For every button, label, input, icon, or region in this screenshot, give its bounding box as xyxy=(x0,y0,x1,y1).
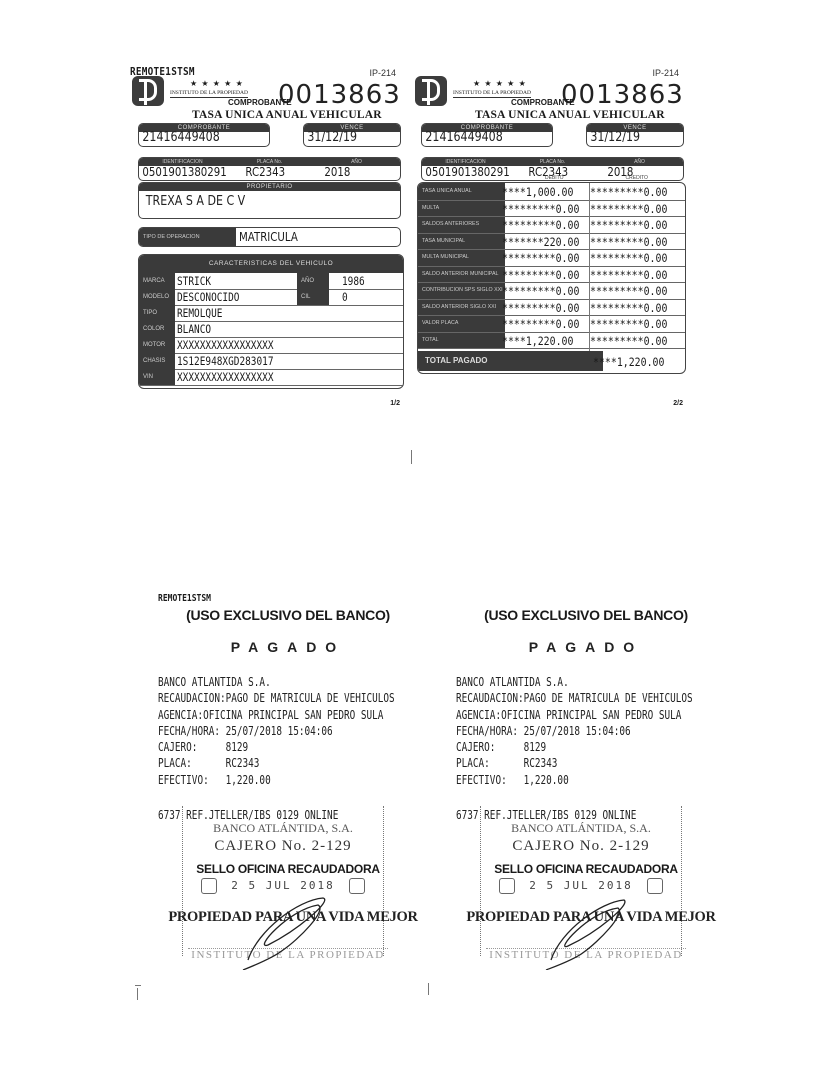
comprobante-box: COMPROBANTE 21416449408 xyxy=(421,123,553,147)
credito-value: *********0.00 xyxy=(590,301,667,315)
credito-value: *********0.00 xyxy=(590,185,667,199)
institute-logo-icon xyxy=(415,76,447,106)
charge-row: SALDO ANTERIOR MUNICIPAL*********0.00***… xyxy=(418,266,685,284)
debito-header: DEBITO xyxy=(513,175,596,181)
form-code: IP-214 xyxy=(652,68,679,78)
identificacion-value: 0501901380291 xyxy=(422,166,510,179)
bank-slip-right: (USO EXCLUSIVO DEL BANCO) PAGADO BANCO A… xyxy=(456,590,731,990)
comprobante-value: 21416449408 xyxy=(139,132,250,144)
identificacion-value: 0501901380291 xyxy=(139,166,227,179)
placa-value: RC2343 xyxy=(242,166,309,179)
form-code: IP-214 xyxy=(369,68,396,78)
row-value: DESCONOCIDO xyxy=(177,290,239,304)
document-title: TASA UNICA ANUAL VEHICULAR xyxy=(475,109,665,121)
charge-label: TASA UNICA ANUAL xyxy=(418,183,505,200)
stamp-office: SELLO OFICINA RECAUDADORA xyxy=(456,862,716,876)
scan-mark xyxy=(137,988,138,1000)
charge-row: TASA MUNICIPAL*******220.00*********0.00 xyxy=(418,233,685,251)
folio-number: 0013863 xyxy=(278,80,401,110)
charge-label: SALDO ANTERIOR MUNICIPAL xyxy=(418,266,505,283)
charge-row: MULTA MUNICIPAL*********0.00*********0.0… xyxy=(418,249,685,267)
vence-value: 31/12/19 xyxy=(304,132,386,144)
total-pagado-value: ****1,220.00 xyxy=(593,355,664,369)
row-label: MOTOR xyxy=(139,337,175,353)
row-label: MODELO xyxy=(139,289,175,305)
charge-label: VALOR PLACA xyxy=(418,315,505,332)
charge-row: VALOR PLACA*********0.00*********0.00 xyxy=(418,315,685,333)
tipo-operacion-box: TIPO DE OPERACION MATRICULA xyxy=(138,227,401,247)
debito-value: *********0.00 xyxy=(502,202,579,216)
row-label: MARCA xyxy=(139,273,175,289)
vehicle-characteristics: CARACTERISTICAS DEL VEHICULO MARCASTRICK… xyxy=(138,254,404,389)
row-value: 1S12E948XGD283017 xyxy=(177,354,274,368)
credito-header: CREDITO xyxy=(596,175,679,181)
charge-row: MULTA*********0.00*********0.00 xyxy=(418,200,685,218)
comprobante-heading: COMPROBANTE xyxy=(511,98,575,107)
debito-value: *********0.00 xyxy=(502,268,579,282)
ano-value: 2018 xyxy=(321,166,388,179)
charge-label: SALDO ANTERIOR SIGLO XXI xyxy=(418,299,505,316)
charges-table: TOTAL****1,220.00*********0.00VALOR PLAC… xyxy=(417,182,686,374)
row-value: STRICK xyxy=(177,274,211,288)
charge-label: TASA MUNICIPAL xyxy=(418,233,505,250)
bank-slip-left: REMOTE1STSM (USO EXCLUSIVO DEL BANCO) PA… xyxy=(158,590,433,990)
stars-icon: ★ ★ ★ ★ ★ xyxy=(190,79,244,88)
receipt-page-1: REMOTE1STSM IP-214 ★ ★ ★ ★ ★ INSTITUTO D… xyxy=(130,62,402,412)
credito-value: *********0.00 xyxy=(590,334,667,348)
vence-value: 31/12/19 xyxy=(587,132,669,144)
bank-use-heading: (USO EXCLUSIVO DEL BANCO) xyxy=(456,607,716,623)
row-label: COLOR xyxy=(139,321,175,337)
ano-side-value: 1986 xyxy=(342,274,365,288)
vehicle-row: CHASIS1S12E948XGD283017 xyxy=(139,353,403,370)
comprobante-box: COMPROBANTE 21416449408 xyxy=(138,123,270,147)
row-value: BLANCO xyxy=(177,322,211,336)
bank-use-heading: (USO EXCLUSIVO DEL BANCO) xyxy=(158,607,418,623)
comprobante-value: 21416449408 xyxy=(422,132,533,144)
header-tag: REMOTE1STSM xyxy=(158,593,211,604)
stamp-logo-icon xyxy=(349,878,365,894)
paid-status: PAGADO xyxy=(456,639,716,655)
vehicle-row: MOTORXXXXXXXXXXXXXXXXX xyxy=(139,337,403,354)
credito-value: *********0.00 xyxy=(590,218,667,232)
charge-row: CONTRIBUCION SPS SIGLO XXI*********0.00*… xyxy=(418,282,685,300)
page-number: 2/2 xyxy=(673,400,683,407)
reference-line: 6737 REF.JTELLER/IBS 0129 ONLINE xyxy=(158,808,338,822)
ano-side-label: AÑO xyxy=(297,273,329,289)
debito-value: *********0.00 xyxy=(502,284,579,298)
folio-number: 0013863 xyxy=(561,80,684,110)
tipo-operacion-value: MATRICULA xyxy=(239,230,298,244)
debito-value: *********0.00 xyxy=(502,251,579,265)
document-title: TASA UNICA ANUAL VEHICULAR xyxy=(192,109,382,121)
row-value: XXXXXXXXXXXXXXXXX xyxy=(177,370,274,384)
vehicle-row: TIPOREMOLQUE xyxy=(139,305,403,322)
charge-label: SALDOS ANTERIORES xyxy=(418,216,505,233)
debito-value: *********0.00 xyxy=(502,317,579,331)
cil-side-label: CIL xyxy=(297,289,329,305)
stamp-logo-icon xyxy=(201,878,217,894)
identification-box: IDENTIFICACION PLACA No. AÑO 05019013802… xyxy=(138,157,401,181)
vence-box: VENCE 31/12/19 xyxy=(586,123,684,147)
charge-row: TASA UNICA ANUAL****1,000.00*********0.0… xyxy=(418,183,685,201)
institution-name: INSTITUTO DE LA PROPIEDAD xyxy=(453,90,531,98)
charge-label: TOTAL xyxy=(418,332,505,349)
stamp-cajero: CAJERO No. 2-129 xyxy=(183,838,383,855)
charge-row: TOTAL****1,220.00*********0.00 xyxy=(418,332,685,350)
row-label: VIN xyxy=(139,369,175,385)
debito-value: *******220.00 xyxy=(502,235,579,249)
charge-label: MULTA xyxy=(418,200,505,217)
propietario-value: TREXA S A DE C V xyxy=(139,191,361,213)
credito-value: *********0.00 xyxy=(590,251,667,265)
debito-value: *********0.00 xyxy=(502,301,579,315)
vehicle-heading: CARACTERISTICAS DEL VEHICULO xyxy=(139,255,403,273)
charge-label: MULTA MUNICIPAL xyxy=(418,249,505,266)
debito-value: *********0.00 xyxy=(502,218,579,232)
vehicle-row: MODELODESCONOCIDO xyxy=(139,289,403,306)
propietario-box: PROPIETARIO TREXA S A DE C V xyxy=(138,182,401,219)
credito-value: *********0.00 xyxy=(590,268,667,282)
stamp-bank: BANCO ATLÁNTIDA, S.A. xyxy=(183,821,383,836)
debito-value: ****1,000.00 xyxy=(502,185,573,199)
stars-icon: ★ ★ ★ ★ ★ xyxy=(473,79,527,88)
scan-mark xyxy=(411,450,412,464)
stamp-cajero: CAJERO No. 2-129 xyxy=(481,838,681,855)
stamp-logo-icon xyxy=(647,878,663,894)
row-label: TIPO xyxy=(139,305,175,321)
cil-side-value: 0 xyxy=(342,290,348,304)
propietario-label: PROPIETARIO xyxy=(139,183,400,191)
credito-value: *********0.00 xyxy=(590,284,667,298)
scan-mark xyxy=(428,983,429,995)
institution-name: INSTITUTO DE LA PROPIEDAD xyxy=(170,90,248,98)
column-headers: DEBITO CREDITO xyxy=(513,175,678,181)
reference-line: 6737 REF.JTELLER/IBS 0129 ONLINE xyxy=(456,808,636,822)
receipt-page-2: IP-214 ★ ★ ★ ★ ★ INSTITUTO DE LA PROPIED… xyxy=(413,62,685,412)
charge-row: SALDO ANTERIOR SIGLO XXI*********0.00***… xyxy=(418,299,685,317)
signature-icon xyxy=(228,890,338,970)
stamp-office: SELLO OFICINA RECAUDADORA xyxy=(158,862,418,876)
total-pagado-label: TOTAL PAGADO xyxy=(418,351,603,371)
credito-value: *********0.00 xyxy=(590,202,667,216)
comprobante-heading: COMPROBANTE xyxy=(228,98,292,107)
credito-value: *********0.00 xyxy=(590,317,667,331)
stamp-logo-icon xyxy=(499,878,515,894)
page-number: 1/2 xyxy=(390,400,400,407)
debito-value: ****1,220.00 xyxy=(502,334,573,348)
row-value: REMOLQUE xyxy=(177,306,222,320)
vence-box: VENCE 31/12/19 xyxy=(303,123,401,147)
tipo-operacion-label: TIPO DE OPERACION xyxy=(139,228,236,246)
transaction-details: BANCO ATLANTIDA S.A. RECAUDACION:PAGO DE… xyxy=(158,674,395,788)
signature-icon xyxy=(526,890,636,970)
charge-label: CONTRIBUCION SPS SIGLO XXI xyxy=(418,282,505,299)
row-value: XXXXXXXXXXXXXXXXX xyxy=(177,338,274,352)
credito-value: *********0.00 xyxy=(590,235,667,249)
transaction-details: BANCO ATLANTIDA S.A. RECAUDACION:PAGO DE… xyxy=(456,674,693,788)
vehicle-row: VINXXXXXXXXXXXXXXXXX xyxy=(139,369,403,386)
vehicle-row: COLORBLANCO xyxy=(139,321,403,338)
column-divider xyxy=(589,183,590,353)
stamp-bank: BANCO ATLÁNTIDA, S.A. xyxy=(481,821,681,836)
institute-logo-icon xyxy=(132,76,164,106)
row-label: CHASIS xyxy=(139,353,175,369)
charge-row: SALDOS ANTERIORES*********0.00*********0… xyxy=(418,216,685,234)
scan-mark xyxy=(135,985,141,986)
paid-status: PAGADO xyxy=(158,639,418,655)
